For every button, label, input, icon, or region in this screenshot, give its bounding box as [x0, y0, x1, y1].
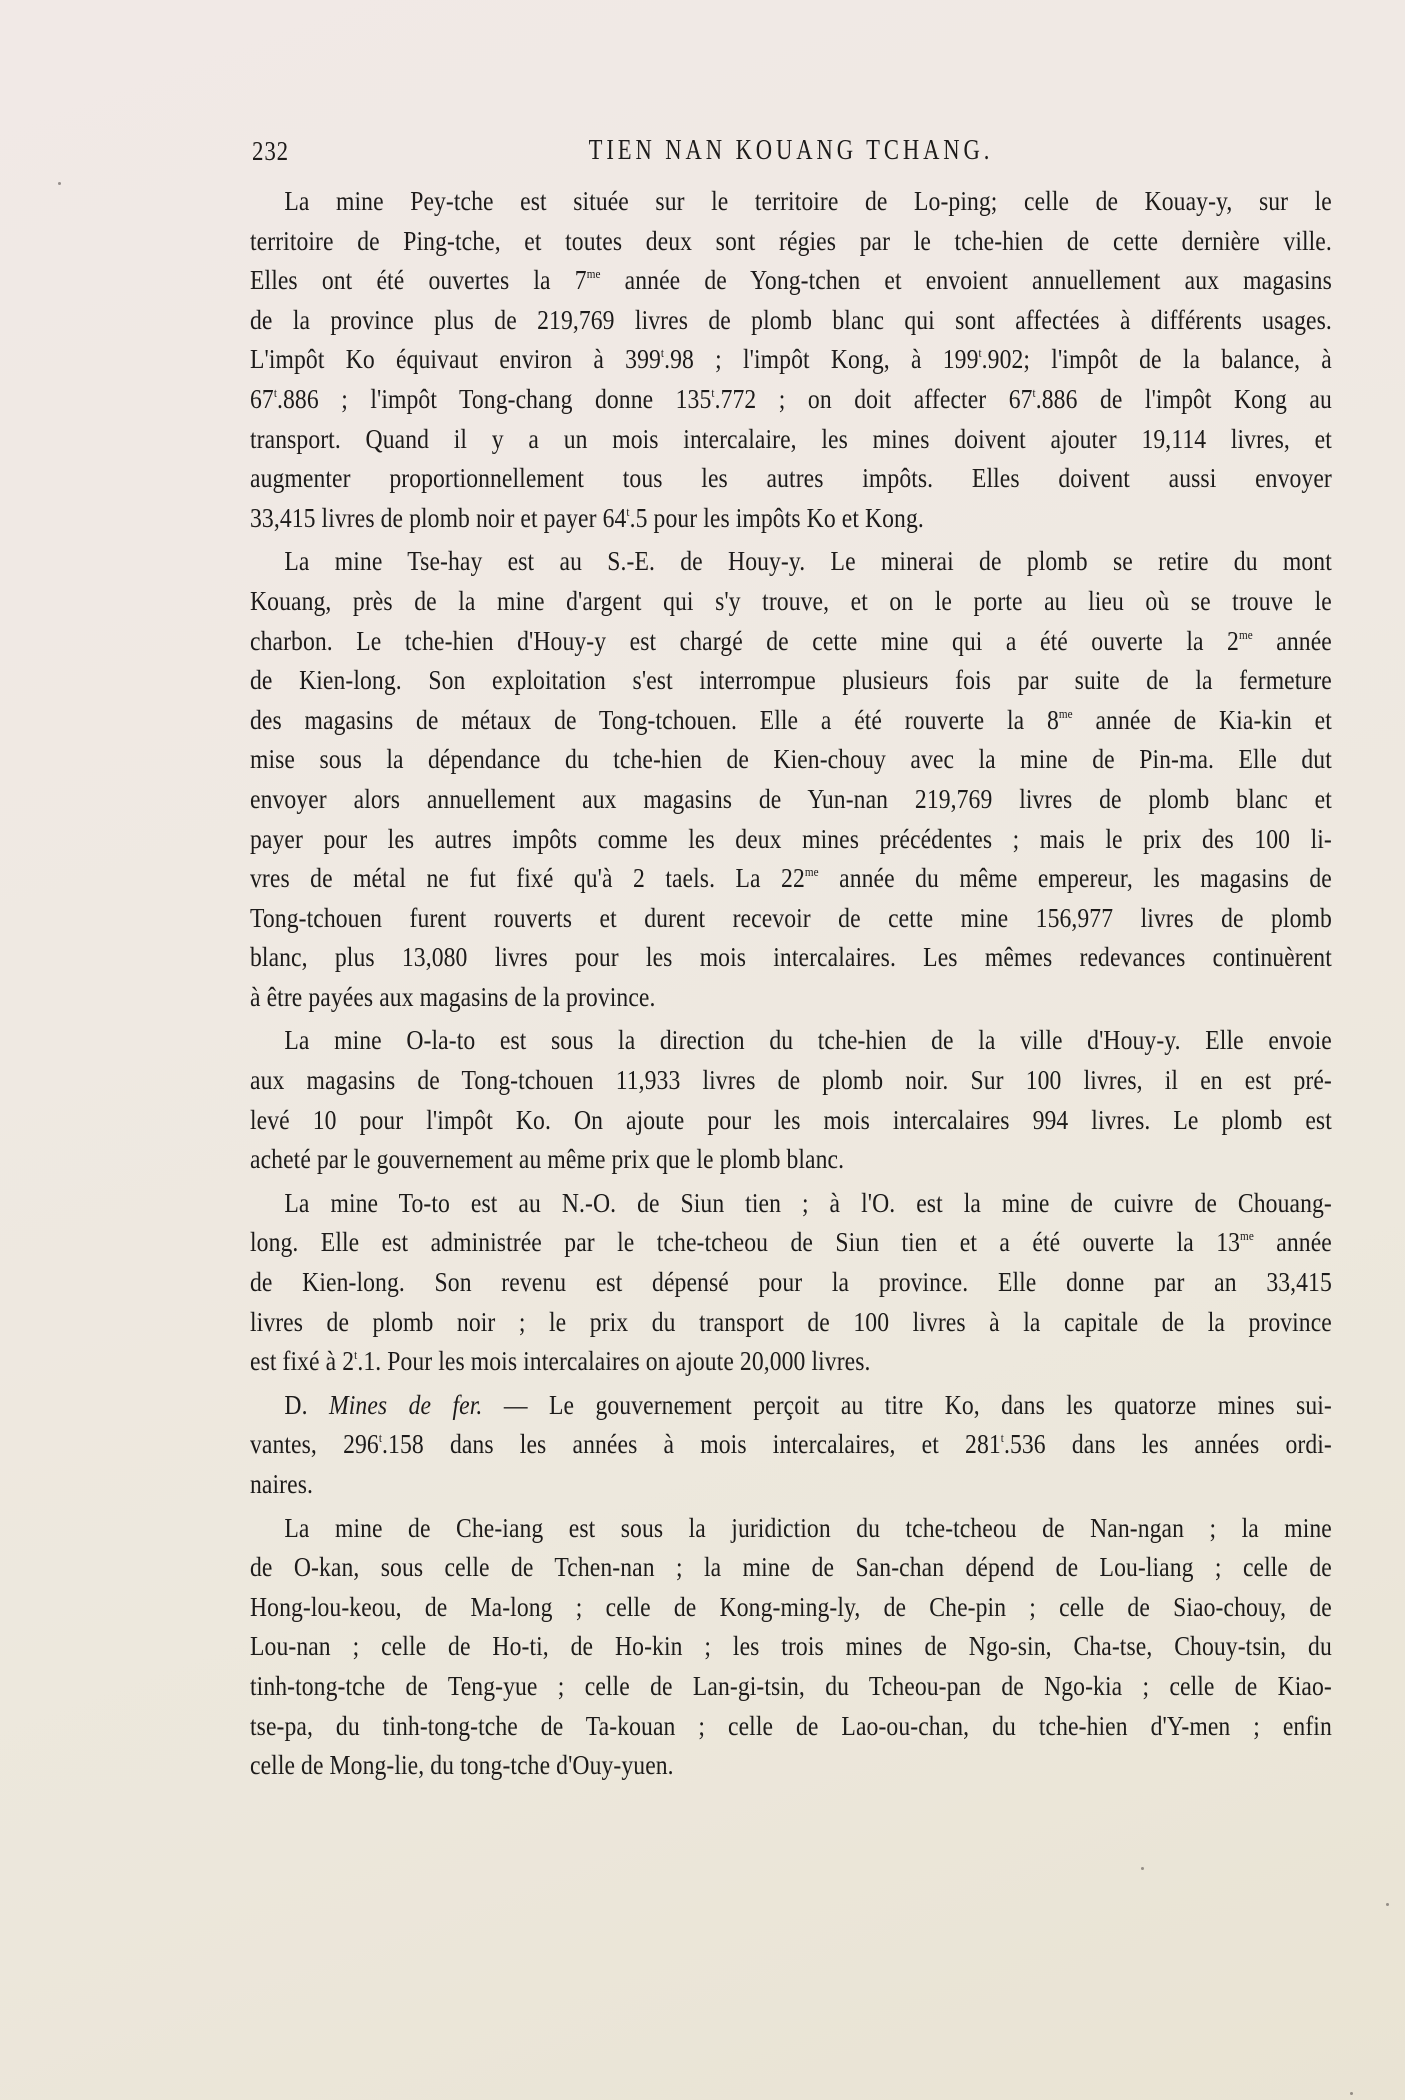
page-number: 232 — [252, 136, 289, 167]
text-line: mise sous la dépendance du tche-hien de … — [250, 739, 1332, 779]
paragraph: D. Mines de fer. — Le gouvernement perço… — [250, 1385, 1332, 1504]
text-line: tse-pa, du tinh-tong-tche de Ta-kouan ; … — [250, 1706, 1332, 1746]
superscript: t — [1033, 385, 1036, 400]
paper-speck — [58, 182, 61, 185]
text-line: des magasins de métaux de Tong-tchouen. … — [250, 700, 1332, 740]
text-line: Elles ont été ouvertes la 7me année de Y… — [250, 260, 1332, 300]
text-line: Tong-tchouen furent rouverts et durent r… — [250, 898, 1332, 938]
text-line: payer pour les autres impôts comme les d… — [250, 819, 1332, 859]
body-text: La mine Pey-tche est située sur le terri… — [250, 181, 1332, 1785]
text-line: aux magasins de Tong-tchouen 11,933 livr… — [250, 1060, 1332, 1100]
text-line: celle de Mong-lie, du tong-tche d'Ouy-yu… — [250, 1745, 1332, 1785]
text-line: D. Mines de fer. — Le gouvernement perço… — [250, 1385, 1332, 1425]
text-line: à être payées aux magasins de la provinc… — [250, 977, 1332, 1017]
text-line: naires. — [250, 1464, 1332, 1504]
superscript: t — [661, 345, 664, 360]
text-line: Lou-nan ; celle de Ho-ti, de Ho-kin ; le… — [250, 1626, 1332, 1666]
superscript: me — [1059, 706, 1073, 721]
text-line: de la province plus de 219,769 livres de… — [250, 300, 1332, 340]
text-line: La mine Tse-hay est au S.-E. de Houy-y. … — [250, 541, 1332, 581]
text-line: vantes, 296t.158 dans les années à mois … — [250, 1424, 1332, 1464]
text-line: envoyer alors annuellement aux magasins … — [250, 779, 1332, 819]
running-title: TIEN NAN KOUANG TCHANG. — [369, 134, 1213, 167]
superscript: t — [711, 385, 714, 400]
paper-speck — [1350, 2092, 1353, 2095]
superscript: t — [379, 1430, 382, 1445]
text-line: blanc, plus 13,080 livres pour les mois … — [250, 937, 1332, 977]
paragraph: La mine To-to est au N.-O. de Siun tien … — [250, 1183, 1332, 1381]
text-line: de O-kan, sous celle de Tchen-nan ; la m… — [250, 1547, 1332, 1587]
text-line: est fixé à 2t.1. Pour les mois intercala… — [250, 1341, 1332, 1381]
superscript: t — [978, 345, 981, 360]
paragraph: La mine de Che-iang est sous la juridict… — [250, 1508, 1332, 1785]
text-line: territoire de Ping-tche, et toutes deux … — [250, 221, 1332, 261]
text-line: livres de plomb noir ; le prix du transp… — [250, 1302, 1332, 1342]
superscript: me — [805, 864, 819, 879]
text-line: acheté par le gouvernement au même prix … — [250, 1139, 1332, 1179]
section-title: Mines de fer. — [329, 1389, 504, 1420]
superscript: t — [274, 385, 277, 400]
text-line: Kouang, près de la mine d'argent qui s'y… — [250, 581, 1332, 621]
paragraph: La mine O-la-to est sous la direction du… — [250, 1020, 1332, 1178]
paper-speck — [1386, 1903, 1389, 1906]
text-line: 67t.886 ; l'impôt Tong-chang donne 135t.… — [250, 379, 1332, 419]
text-line: La mine To-to est au N.-O. de Siun tien … — [250, 1183, 1332, 1223]
book-page: 232 TIEN NAN KOUANG TCHANG. La mine Pey-… — [250, 128, 1332, 1789]
paragraph: La mine Tse-hay est au S.-E. de Houy-y. … — [250, 541, 1332, 1016]
text-line: Hong-lou-keou, de Ma-long ; celle de Kon… — [250, 1587, 1332, 1627]
text-line: La mine Pey-tche est située sur le terri… — [250, 181, 1332, 221]
superscript: t — [1001, 1430, 1004, 1445]
text-line: La mine de Che-iang est sous la juridict… — [250, 1508, 1332, 1548]
text-line: augmenter proportionnellement tous les a… — [250, 458, 1332, 498]
text-line: charbon. Le tche-hien d'Houy-y est charg… — [250, 621, 1332, 661]
superscript: me — [1239, 627, 1253, 642]
text-line: vres de métal ne fut fixé qu'à 2 taels. … — [250, 858, 1332, 898]
paragraph: La mine Pey-tche est située sur le terri… — [250, 181, 1332, 537]
text-line: de Kien-long. Son exploitation s'est int… — [250, 660, 1332, 700]
text-line: L'impôt Ko équivaut environ à 399t.98 ; … — [250, 339, 1332, 379]
text-line: La mine O-la-to est sous la direction du… — [250, 1020, 1332, 1060]
text-line: long. Elle est administrée par le tche-t… — [250, 1222, 1332, 1262]
superscript: me — [1240, 1228, 1254, 1243]
section-label: D. — [284, 1389, 329, 1420]
running-head: 232 TIEN NAN KOUANG TCHANG. — [250, 128, 1332, 168]
text-line: de Kien-long. Son revenu est dépensé pou… — [250, 1262, 1332, 1302]
text-line: tinh-tong-tche de Teng-yue ; celle de La… — [250, 1666, 1332, 1706]
superscript: t — [626, 504, 629, 519]
superscript: me — [587, 266, 601, 281]
text-line: levé 10 pour l'impôt Ko. On ajoute pour … — [250, 1100, 1332, 1140]
text-line: 33,415 livres de plomb noir et payer 64t… — [250, 498, 1332, 538]
superscript: t — [354, 1347, 357, 1362]
text-line: transport. Quand il y a un mois intercal… — [250, 419, 1332, 459]
paper-speck — [1141, 1867, 1144, 1870]
